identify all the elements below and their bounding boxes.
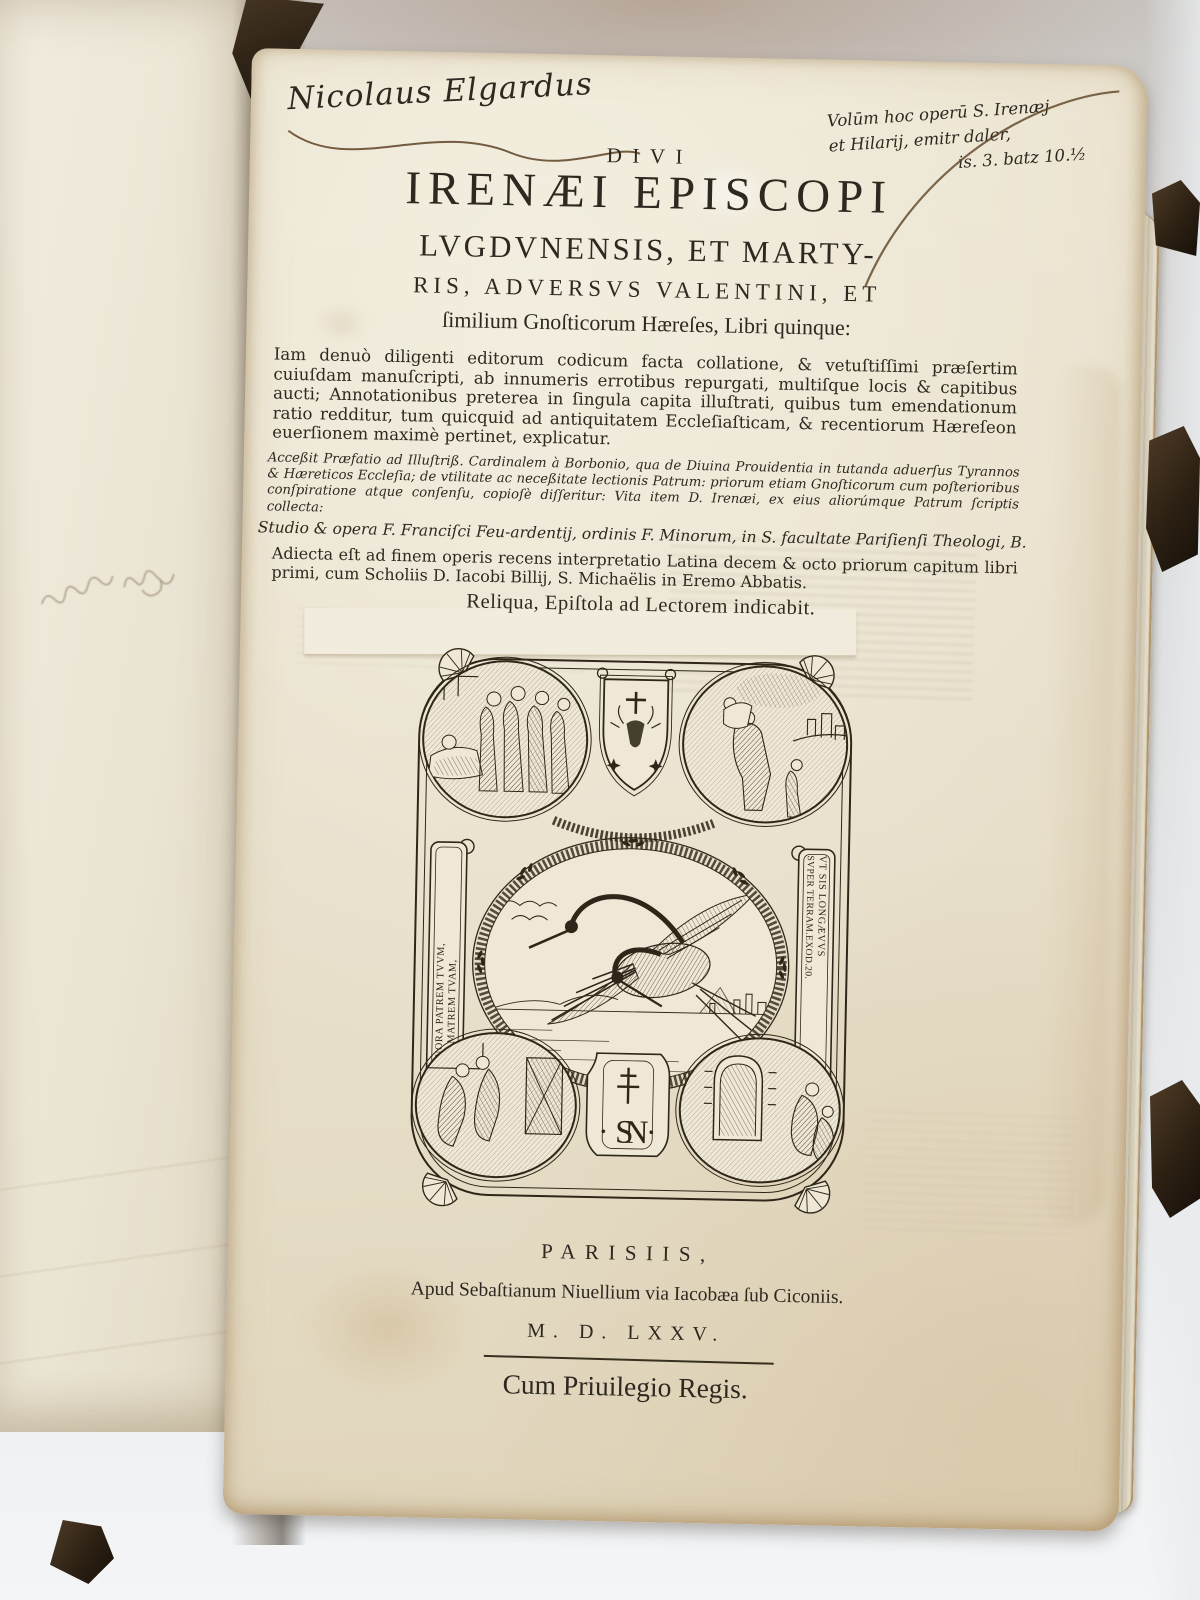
photo-of-antique-book: Nicolaus Elgardus Volūm hoc operū S. Ire…: [0, 0, 1200, 1600]
faint-ink-inscription: [28, 520, 228, 650]
page-creases: [0, 1150, 250, 1410]
crest-shield: [598, 675, 672, 796]
motto-right-line1: VT SIS LONGÆVVS: [815, 856, 828, 958]
paper-stain: [1035, 364, 1122, 1225]
title-page: Nicolaus Elgardus Volūm hoc operū S. Ire…: [223, 48, 1148, 1532]
imprint-rule: [484, 1355, 774, 1365]
shell-ornament: [790, 1175, 838, 1221]
printer-device-woodcut: HONORA PATREM TVVM, ET MATREM TVAM, VT S…: [395, 635, 869, 1224]
edition-statement: Iam denuò diligenti editorum codicum fac…: [272, 345, 1018, 458]
ink-showthrough: [864, 1109, 1078, 1235]
laurel-swag: [553, 820, 713, 839]
shell-ornament: [415, 1167, 463, 1214]
monogram-cartouche: SN: [586, 1053, 670, 1157]
preface-statement: Acceßit Præfatio ad Illuſtriß. Cardinale…: [267, 450, 1020, 530]
binding-clasp: [50, 1520, 114, 1584]
